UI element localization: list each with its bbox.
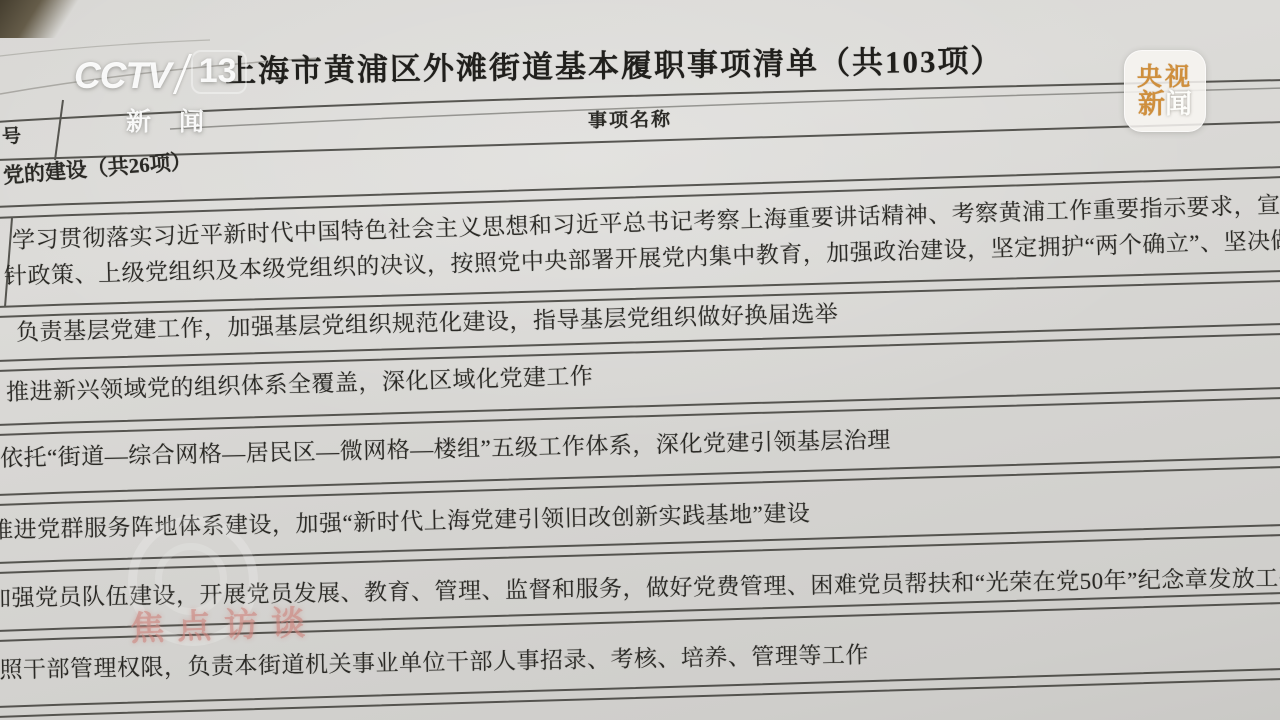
item-name-column-header: 事项名称 xyxy=(588,105,672,133)
cctv-news-badge: 央视 新 闻 xyxy=(1124,50,1206,132)
program-watermark: 焦点访谈 xyxy=(129,595,319,651)
slash-icon xyxy=(173,54,192,94)
channel-bug: CCTV 13 新闻 xyxy=(74,50,284,132)
serial-column-header-partial: 号 xyxy=(1,121,21,149)
broadcast-frame: 上海市黄浦区外滩街道基本履职事项清单（共103项） 号 事项名称 党的建设（共2… xyxy=(0,0,1280,720)
channel-name: 新闻 xyxy=(126,102,284,138)
badge-text-top: 央视 xyxy=(1137,64,1193,90)
badge-text-xin: 新 xyxy=(1138,90,1165,118)
channel-number: 13 xyxy=(191,50,247,94)
badge-text-wen: 闻 xyxy=(1165,90,1192,118)
cctv-wordmark: CCTV xyxy=(74,57,171,94)
channel-bug-top: CCTV 13 xyxy=(74,50,284,94)
